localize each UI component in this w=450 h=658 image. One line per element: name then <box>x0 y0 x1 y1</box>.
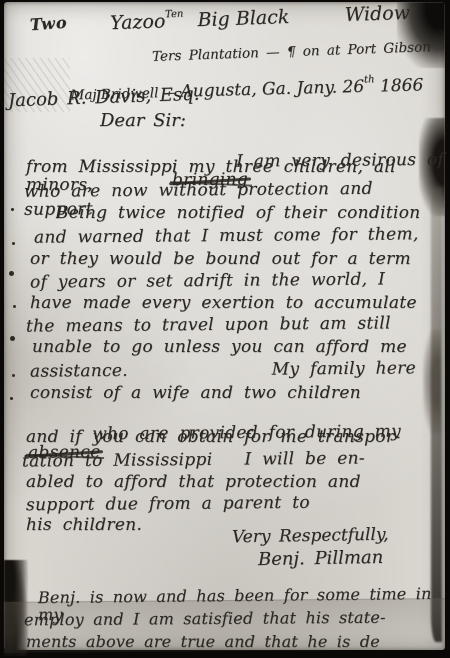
annotation-word-left: Two <box>29 15 68 34</box>
annotation-yazoo-text: Yazoo <box>110 10 166 34</box>
line-text-left: assistance. <box>30 363 128 382</box>
signature-name: Benj. Pillman <box>258 549 384 570</box>
letter-line: Being twice notified of their condition <box>56 205 420 223</box>
annotation-yazoo: YazooTen <box>110 12 184 34</box>
letter-line: unable to go unless you can afford me <box>32 339 407 357</box>
letter-line: assistance. My family here <box>30 360 416 381</box>
left-edge-specks <box>11 208 14 211</box>
letter-line: consist of a wife and two children <box>30 385 361 403</box>
postscript-line: employ and I am satisfied that his state… <box>24 610 386 629</box>
salutation: Dear Sir: <box>100 112 186 131</box>
letter-line: have made every exertion to accumulate <box>30 295 417 313</box>
annotation-superscript: Ten <box>165 8 184 20</box>
postscript-line: ments above are true and that he is de <box>26 634 380 651</box>
letter-paper: Two YazooTen Big Black Widow Ters Planta… <box>4 2 445 650</box>
annotation-widow: Widow <box>344 4 410 26</box>
letter-line: abled to afford that protection and <box>26 474 361 492</box>
letter-line: the means to travel upon but am still <box>26 315 391 336</box>
signature-closing: Very Respectfully, <box>232 527 389 548</box>
letter-line: tation to Mississippi I will be en- <box>22 451 365 472</box>
letter-line: of years or set adrift in the world, I <box>30 271 385 292</box>
letter-line: and if you can obtain for me transpor- <box>26 429 400 447</box>
scanned-letter: Two YazooTen Big Black Widow Ters Planta… <box>0 0 450 658</box>
letter-line: support due from a parent to <box>26 495 310 515</box>
letter-line: his children. <box>26 517 142 535</box>
dateline-ordinal: th <box>364 74 375 85</box>
dateline-year: 1866 <box>374 75 423 96</box>
line-text-right: My family here <box>272 360 416 379</box>
ink-stain-bottom-left <box>4 560 28 656</box>
letter-line: or they would be bound out for a term <box>30 251 411 269</box>
annotation-big-black: Big Black <box>197 8 289 31</box>
dateline-place-date: Augusta, Ga. Jany. 26 <box>180 77 364 102</box>
annotation-scrawl-line: YazooTen Big Black Widow <box>110 4 411 34</box>
letter-line: and warned that I must come for them, <box>34 226 419 247</box>
